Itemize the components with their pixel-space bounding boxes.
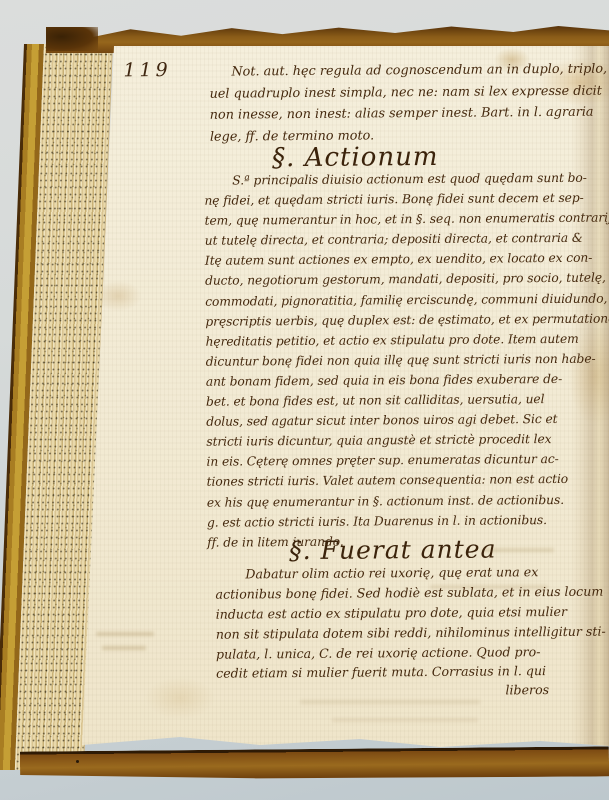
manuscript-text-line: uel quadruplo inest simpla, nec ne: nam … bbox=[210, 83, 608, 108]
fuerat-antea-paragraph: Dabatur olim actio rei uxorię, quę erat … bbox=[215, 564, 606, 686]
handwritten-text-layer: 119 Not. aut. hęc regula ad cognoscendum… bbox=[0, 0, 609, 800]
actionum-paragraph: S.ª principalis diuisio actionum est quo… bbox=[204, 170, 609, 555]
intro-paragraph: Not. aut. hęc regula ad cognoscendum an … bbox=[209, 62, 607, 151]
manuscript-text-line: non inesse, non inest: alias semper ines… bbox=[210, 105, 608, 130]
manuscript-text-line: Not. aut. hęc regula ad cognoscendum an … bbox=[209, 62, 607, 87]
section-heading-actionum: §. Actionum bbox=[272, 142, 439, 173]
section-heading-fuerat-antea: §. Fuerat antea bbox=[289, 534, 496, 565]
photo-background: 119 Not. aut. hęc regula ad cognoscendum… bbox=[0, 0, 609, 800]
catchword: liberos bbox=[472, 682, 582, 698]
folio-number: 119 bbox=[123, 59, 171, 81]
